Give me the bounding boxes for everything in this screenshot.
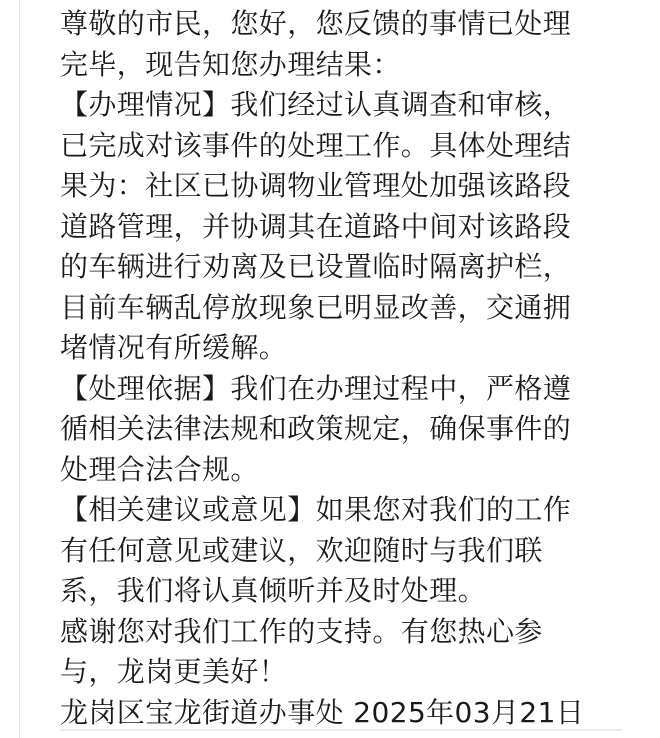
greeting-line-1: 尊敬的市民，您好，您反馈的事情已处理 (60, 4, 620, 45)
bottom-divider (60, 729, 622, 731)
suggestions-line-2: 有任何意见或建议，欢迎随时与我们联 (60, 531, 620, 572)
handling-status-line-6: 目前车辆乱停放现象已明显改善，交通拥 (60, 288, 620, 329)
suggestions-line-3: 系，我们将认真倾听并及时处理。 (60, 571, 620, 612)
signature-line: 龙岗区宝龙街道办事处 2025年03月21日 (60, 693, 620, 734)
handling-status-line-7: 堵情况有所缓解。 (60, 328, 620, 369)
handling-status-line-3: 果为：社区已协调物业管理处加强该路段 (60, 166, 620, 207)
left-gutter-border (0, 0, 20, 738)
handling-status-line-4: 道路管理，并协调其在道路中间对该路段 (60, 207, 620, 248)
suggestions-line-1: 【相关建议或意见】如果您对我们的工作 (60, 490, 620, 531)
reply-message-body: 尊敬的市民，您好，您反馈的事情已处理 完毕，现告知您办理结果： 【办理情况】我们… (60, 4, 620, 733)
handling-basis-line-3: 处理合法合规。 (60, 450, 620, 491)
thanks-line-2: 与，龙岗更美好！ (60, 652, 620, 693)
handling-status-line-2: 已完成对该事件的处理工作。具体处理结 (60, 126, 620, 167)
handling-status-line-5: 的车辆进行劝离及已设置临时隔离护栏， (60, 247, 620, 288)
greeting-line-2: 完毕，现告知您办理结果： (60, 45, 620, 86)
handling-basis-line-2: 循相关法律法规和政策规定，确保事件的 (60, 409, 620, 450)
handling-status-line-1: 【办理情况】我们经过认真调查和审核， (60, 85, 620, 126)
thanks-line-1: 感谢您对我们工作的支持。有您热心参 (60, 612, 620, 653)
handling-basis-line-1: 【处理依据】我们在办理过程中，严格遵 (60, 369, 620, 410)
